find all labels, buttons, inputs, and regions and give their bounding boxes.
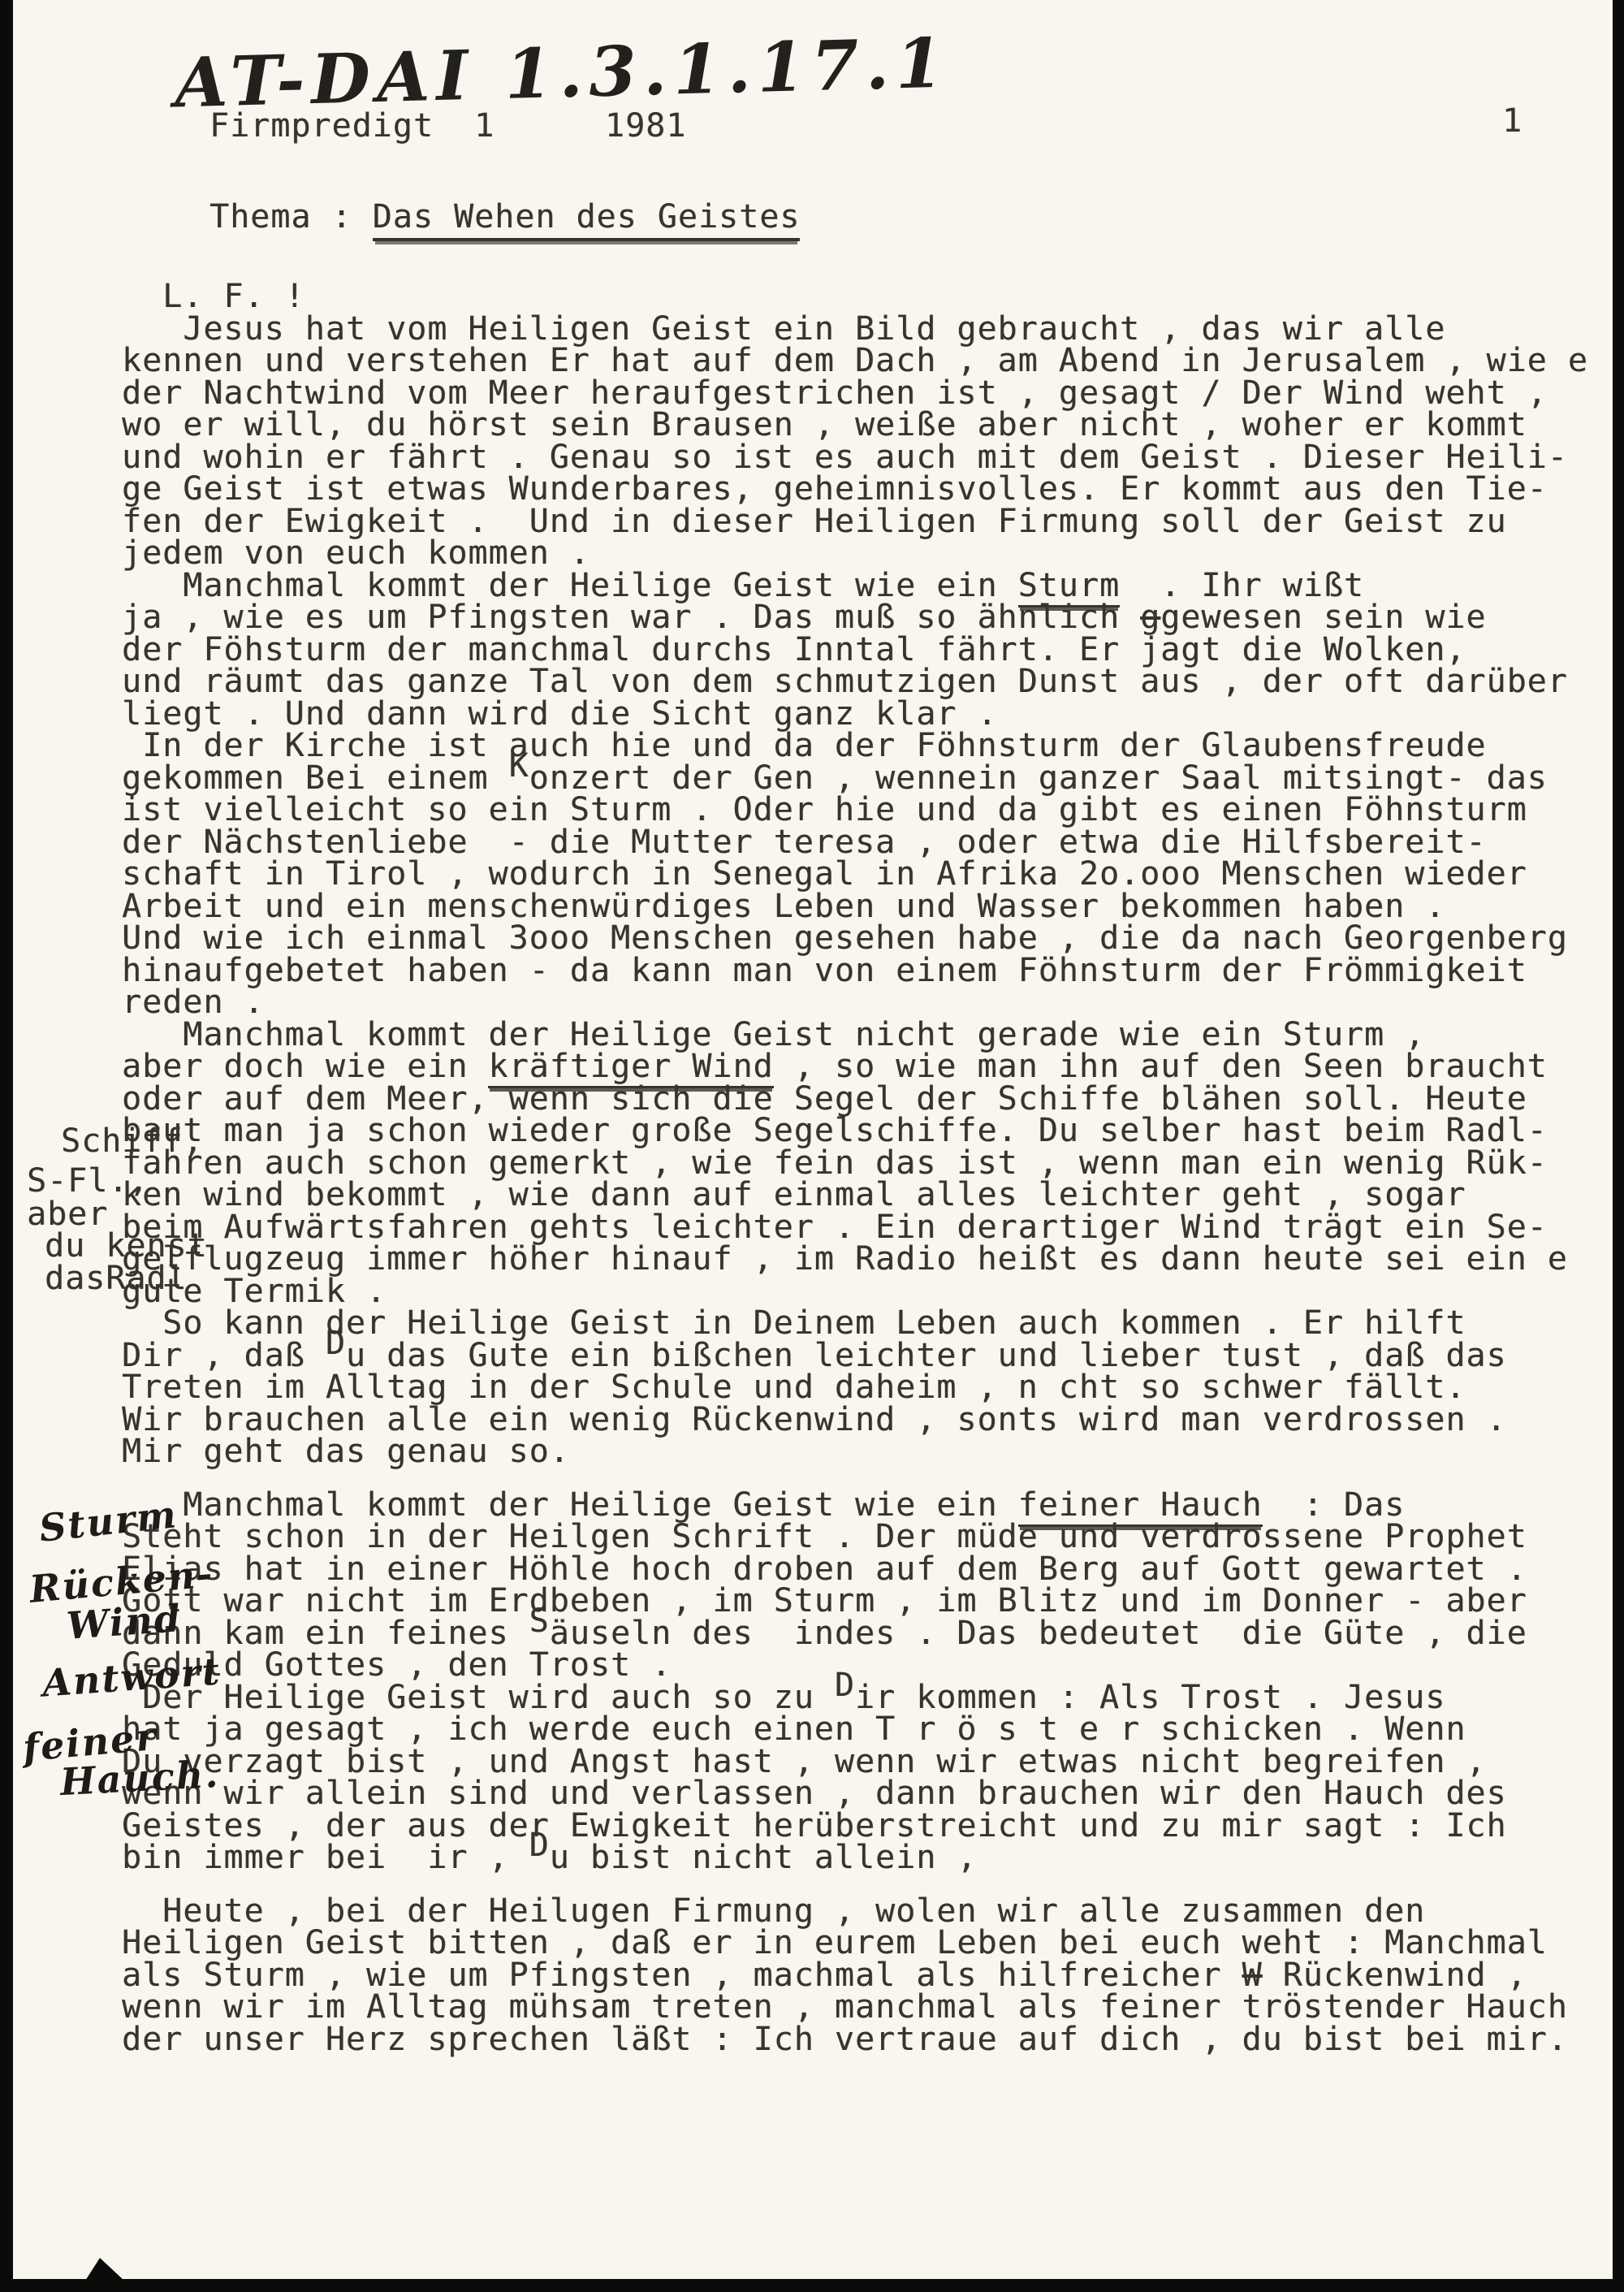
- handwritten-margin-note: Hauch.: [59, 1752, 221, 1804]
- scan-artifact: [85, 2258, 124, 2281]
- scan-border-left: [0, 0, 13, 2292]
- document-title: Firmpredigt 1: [209, 107, 495, 145]
- text-line: hinaufgebetet haben - da kann man von ei…: [122, 952, 1588, 984]
- text-line: Manchmal kommt der Heilige Geist wie ein…: [122, 1486, 1588, 1519]
- text-line: Der Heilige Geist wird auch so zu Dir ko…: [122, 1679, 1588, 1711]
- text-line: und wohin er fährt . Genau so ist es auc…: [122, 439, 1588, 471]
- text-line: der Föhsturm der manchmal durchs Inntal …: [122, 631, 1588, 664]
- typed-margin-note: S-Fl.,: [27, 1162, 149, 1200]
- text-segment: S: [529, 1602, 550, 1640]
- text-line: Geistes , der aus der Ewigkeit herüberst…: [122, 1807, 1588, 1840]
- page-number: 1: [1502, 102, 1522, 140]
- typed-margin-note: Schiff,: [61, 1122, 204, 1160]
- text-line: wenn wir im Alltag mühsam treten , manch…: [122, 1988, 1588, 2021]
- text-line: Du verzagt bist , und Angst hast , wenn …: [122, 1743, 1588, 1775]
- handwritten-margin-note: Wind: [65, 1596, 183, 1648]
- text-line: Arbeit und ein menschenwürdiges Leben un…: [122, 888, 1588, 920]
- text-line: gekommen Bei einem Konzert der Gen , wen…: [122, 759, 1588, 792]
- text-line: Wir brauchen alle ein wenig Rückenwind ,…: [122, 1401, 1588, 1434]
- text-segment: D: [529, 1827, 550, 1864]
- text-line: hat ja gesagt , ich werde euch einen T r…: [122, 1710, 1588, 1743]
- text-segment: D: [835, 1667, 855, 1704]
- text-line: als Sturm , wie um Pfingsten , machmal a…: [122, 1957, 1588, 1989]
- text-line: wenn wir allein sind und verlassen , dan…: [122, 1775, 1588, 1807]
- text-line: und räumt das ganze Tal von dem schmutzi…: [122, 663, 1588, 695]
- text-line: ge Geist ist etwas Wunderbares, geheimni…: [122, 470, 1588, 503]
- text-line: ist vielleicht so ein Sturm . Oder hie u…: [122, 791, 1588, 824]
- scan-border-right: [1613, 0, 1624, 2292]
- text-line: Steht schon in der Heilgen Schrift . Der…: [122, 1518, 1588, 1550]
- typed-margin-note: dasRadl: [45, 1260, 188, 1297]
- text-line: beim Aufwärtsfahren gehts leichter . Ein…: [122, 1209, 1588, 1241]
- text-line: In der Kirche ist auch hie und da der Fö…: [122, 727, 1588, 759]
- text-line: oder auf dem Meer, wenn sich die Segel d…: [122, 1080, 1588, 1113]
- text-line: Und wie ich einmal 3ooo Menschen gesehen…: [122, 919, 1588, 952]
- text-line: ja , wie es um Pfingsten war . Das muß s…: [122, 599, 1588, 631]
- scanned-page: AT-DAI 1.3.1.17.1 Firmpredigt 1 1981 1 T…: [0, 0, 1624, 2292]
- text-line: aber doch wie ein kräftiger Wind , so wi…: [122, 1048, 1588, 1080]
- text-line: dann kam ein feines Säuseln des indes . …: [122, 1615, 1588, 1647]
- text-line: Elias hat in einer Höhle hoch droben auf…: [122, 1550, 1588, 1583]
- text-line: Gott war nicht im Erdbeben , im Sturm , …: [122, 1582, 1588, 1615]
- text-line: ken wind bekommt , wie dann auf einmal a…: [122, 1176, 1588, 1209]
- text-segment: D: [326, 1325, 346, 1362]
- text-segment: K: [509, 747, 529, 785]
- text-line: der unser Herz sprechen läßt : Ich vertr…: [122, 2021, 1588, 2053]
- thema-title: Das Wehen des Geistes: [373, 198, 801, 241]
- text-line: Heute , bei der Heilugen Firmung , wolen…: [122, 1892, 1588, 1925]
- sermon-text: L. F. ! Jesus hat vom Heiligen Geist ein…: [122, 278, 1588, 2052]
- text-line: Jesus hat vom Heiligen Geist ein Bild ge…: [122, 310, 1588, 343]
- text-line: L. F. !: [122, 278, 1588, 310]
- text-line: baut man ja schon wieder große Segelschi…: [122, 1112, 1588, 1144]
- text-line: gelflugzeug immer höher hinauf , im Radi…: [122, 1240, 1588, 1273]
- scan-border-bottom: [0, 2279, 1624, 2292]
- text-line: wo er will, du hörst sein Brausen , weiß…: [122, 406, 1588, 439]
- text-line: Treten im Alltag in der Schule und dahei…: [122, 1369, 1588, 1401]
- text-line: fahren auch schon gemerkt , wie fein das…: [122, 1144, 1588, 1177]
- text-line: Heiligen Geist bitten , daß er in eurem …: [122, 1924, 1588, 1957]
- text-line: schaft in Tirol , wodurch in Senegal in …: [122, 855, 1588, 888]
- document-year: 1981: [605, 107, 686, 145]
- text-line: kennen und verstehen Er hat auf dem Dach…: [122, 342, 1588, 374]
- thema-label: Thema :: [209, 198, 373, 236]
- text-line: fen der Ewigkeit . Und in dieser Heilige…: [122, 503, 1588, 535]
- thema-line: Thema : Das Wehen des Geistes: [209, 198, 800, 236]
- text-line: der Nachtwind vom Meer heraufgestrichen …: [122, 374, 1588, 407]
- text-line: Manchmal kommt der Heilige Geist nicht g…: [122, 1016, 1588, 1049]
- text-line: Manchmal kommt der Heilige Geist wie ein…: [122, 567, 1588, 599]
- text-line: der Nächstenliebe - die Mutter teresa , …: [122, 824, 1588, 856]
- text-line: Dir , daß Du das Gute ein bißchen leicht…: [122, 1337, 1588, 1369]
